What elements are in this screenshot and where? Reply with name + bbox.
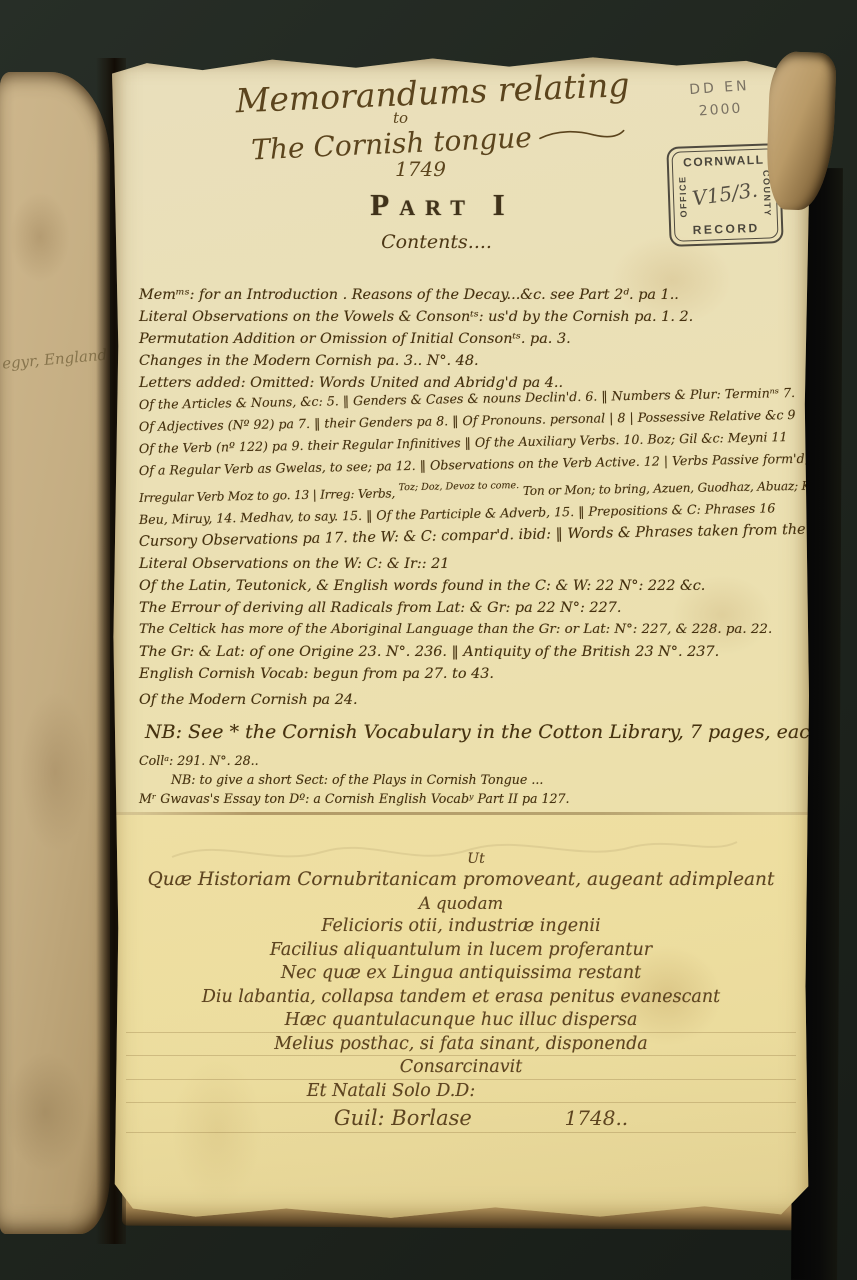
latin-line: Consarcinavit	[126, 1056, 796, 1080]
latin-line: A quodam	[126, 892, 796, 916]
author-signature: Guil: Borlase	[334, 1106, 472, 1130]
contents-line: Of the Latin, Teutonick, & English words…	[139, 575, 807, 597]
page-fold-seam	[112, 812, 809, 815]
latin-dedication: Ut Quæ Historiam Cornubritanicam promove…	[126, 851, 796, 1133]
contents-line: Permutation Addition or Omission of Init…	[139, 328, 807, 350]
latin-line: Et Natali Solo D.D:	[126, 1080, 796, 1104]
latin-line: Facilius aliquantulum in lucem proferant…	[126, 939, 796, 963]
contents-line: The Gr: & Lat: of one Origine 23. N°. 23…	[139, 641, 807, 663]
latin-line: Nec quæ ex Lingua antiquissima restant	[126, 962, 796, 986]
contents-line: NB: to give a short Sect: of the Plays i…	[139, 770, 807, 789]
latin-line: Diu labantia, collapsa tandem et erasa p…	[126, 986, 796, 1010]
page-stain	[10, 192, 70, 282]
facing-page-margin-note: egyr, England	[1, 345, 110, 372]
contents-line: Collᵃ: 291. N°. 28..	[139, 751, 807, 770]
contents-line-insertion: Toz; Doz, Devoz to come.	[399, 480, 520, 493]
contents-heading: Contents....	[88, 231, 785, 253]
part-heading: Part I	[94, 187, 791, 223]
latin-line: Melius posthac, si fata sinant, disponen…	[126, 1033, 796, 1057]
flourish-icon	[537, 125, 626, 147]
contents-line: The Celtick has more of the Aboriginal L…	[139, 619, 807, 641]
contents-line: Literal Observations on the Vowels & Con…	[139, 306, 807, 328]
page-stain	[5, 1052, 85, 1172]
contents-line: English Cornish Vocab: begun from pa 27.…	[139, 663, 807, 685]
contents-line: Mʳ Gwavas's Essay ton Dº: a Cornish Engl…	[139, 789, 807, 808]
contents-line: Literal Observations on the W: C: & Ir::…	[139, 553, 807, 575]
contents-list: Memᵐˢ: for an Introduction . Reasons of …	[139, 284, 807, 808]
signature-row: Guil: Borlase 1748..	[126, 1103, 796, 1133]
contents-line: Memᵐˢ: for an Introduction . Reasons of …	[139, 284, 807, 306]
latin-line: Quæ Historiam Cornubritanicam promoveant…	[126, 868, 796, 892]
signature-year: 1748..	[565, 1106, 629, 1130]
title-block: Memorandums relating to The Cornish tong…	[112, 73, 809, 253]
contents-line: Of the Modern Cornish pa 24.	[139, 689, 807, 711]
manuscript-year: 1749	[72, 157, 769, 181]
facing-page: egyr, England	[0, 72, 110, 1234]
contents-line: The Errour of deriving all Radicals from…	[139, 597, 807, 619]
contents-line: NB: See * the Cornish Vocabulary in the …	[145, 717, 807, 747]
page-stain	[20, 692, 90, 852]
latin-line: Ut	[126, 851, 796, 868]
contents-line-before: Irregular Verb Moz to go. 13 | Irreg: Ve…	[139, 486, 395, 505]
manuscript-page: DD EN 2000 CORNWALL COUNTY RECORD OFFICE…	[112, 55, 809, 1219]
contents-line: Changes in the Modern Cornish pa. 3.. N°…	[139, 350, 807, 372]
latin-line: Felicioris otii, industriæ ingenii	[126, 915, 796, 939]
latin-line: Hæc quantulacunque huc illuc dispersa	[126, 1009, 796, 1033]
manuscript-photo: egyr, England DD EN 2000 CORNWALL COUNTY…	[0, 0, 857, 1280]
